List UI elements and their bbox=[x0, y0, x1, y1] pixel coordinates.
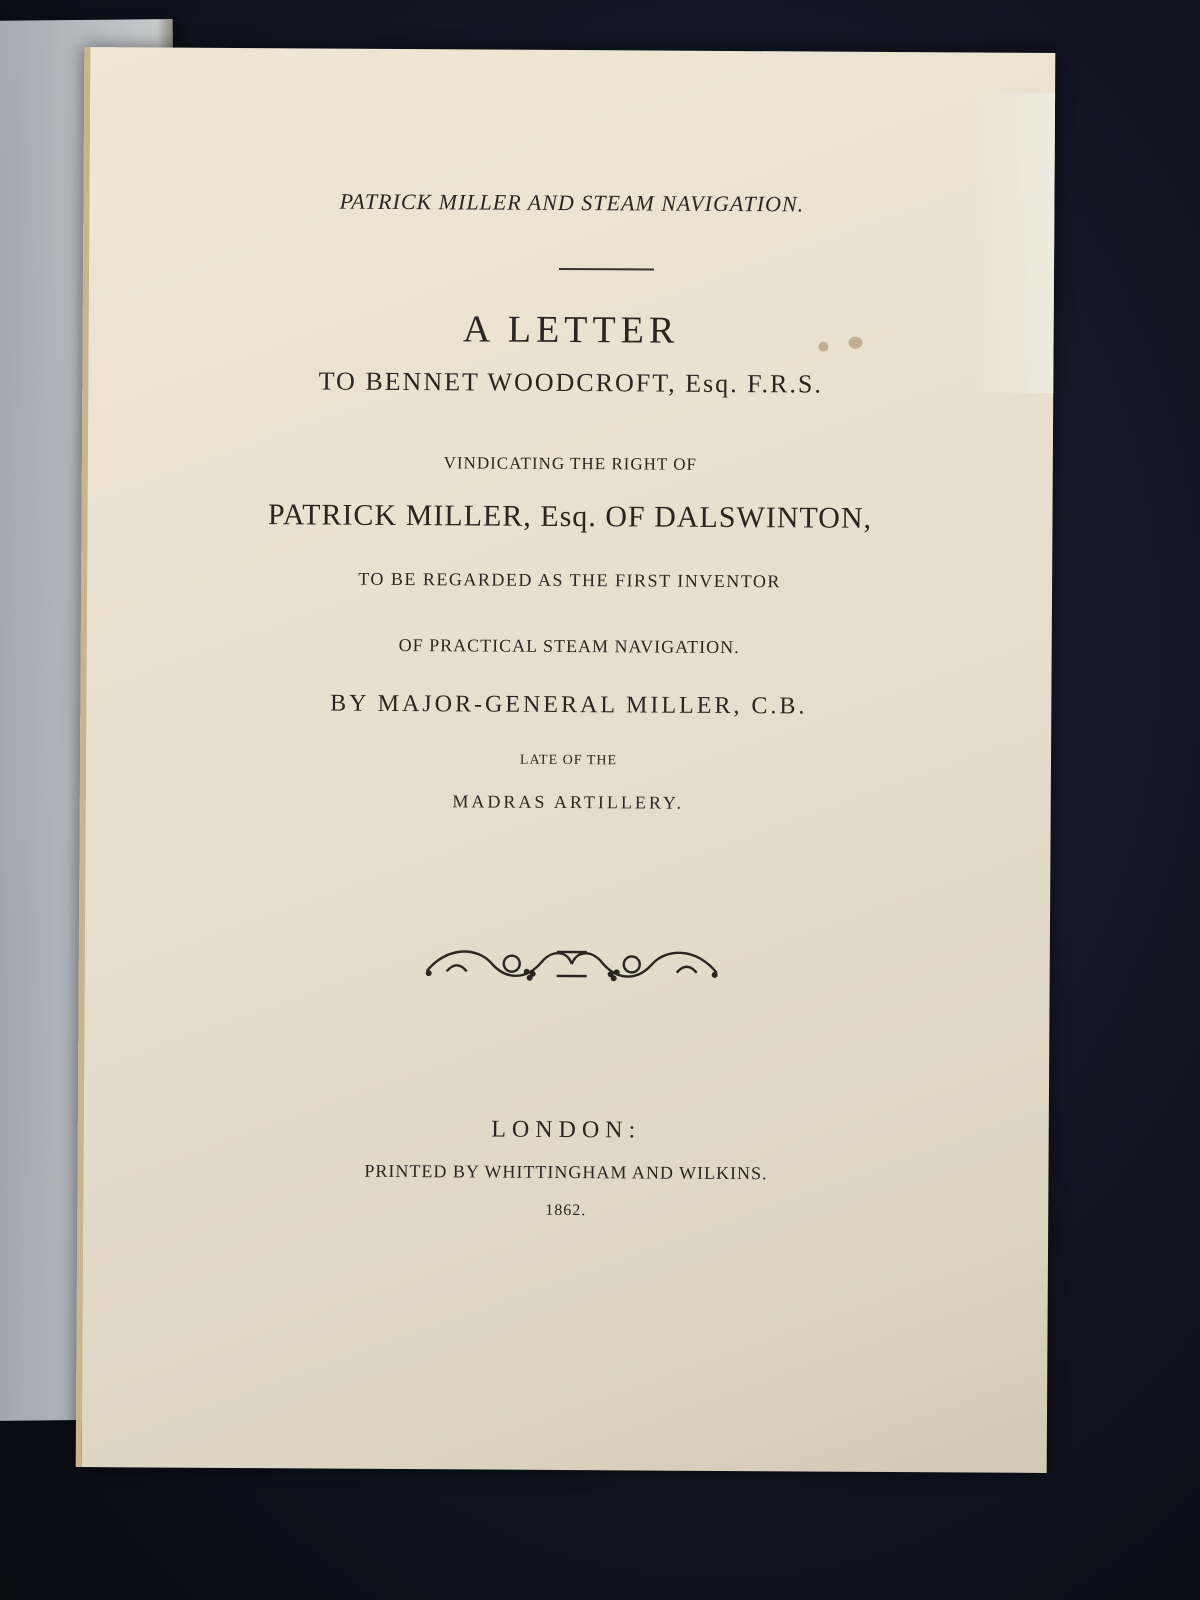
author-note-2: MADRAS ARTILLERY. bbox=[86, 789, 1051, 816]
running-header: PATRICK MILLER AND STEAM NAVIGATION. bbox=[89, 187, 1054, 219]
floral-ornament-icon bbox=[417, 941, 727, 987]
author-line: BY MAJOR-GENERAL MILLER, C.B. bbox=[86, 689, 1051, 722]
imprint-place: LONDON: bbox=[84, 1114, 1049, 1147]
divider-rule bbox=[559, 268, 654, 271]
imprint-printer: PRINTED BY WHITTINGHAM AND WILKINS. bbox=[83, 1159, 1048, 1186]
addressee-line: TO BENNET WOODCROFT, Esq. F.R.S. bbox=[88, 365, 1053, 401]
subtitle-line-1: VINDICATING THE RIGHT OF bbox=[88, 451, 1053, 477]
subject-line: PATRICK MILLER, Esq. OF DALSWINTON, bbox=[87, 497, 1052, 537]
imprint-year: 1862. bbox=[83, 1199, 1048, 1223]
subtitle-line-3: OF PRACTICAL STEAM NAVIGATION. bbox=[87, 633, 1052, 660]
author-note-1: LATE OF THE bbox=[86, 750, 1051, 772]
subtitle-line-2: TO BE REGARDED AS THE FIRST INVENTOR bbox=[87, 567, 1052, 594]
title-page: PATRICK MILLER AND STEAM NAVIGATION. A L… bbox=[76, 47, 1056, 1473]
page-title: A LETTER bbox=[89, 305, 1054, 355]
